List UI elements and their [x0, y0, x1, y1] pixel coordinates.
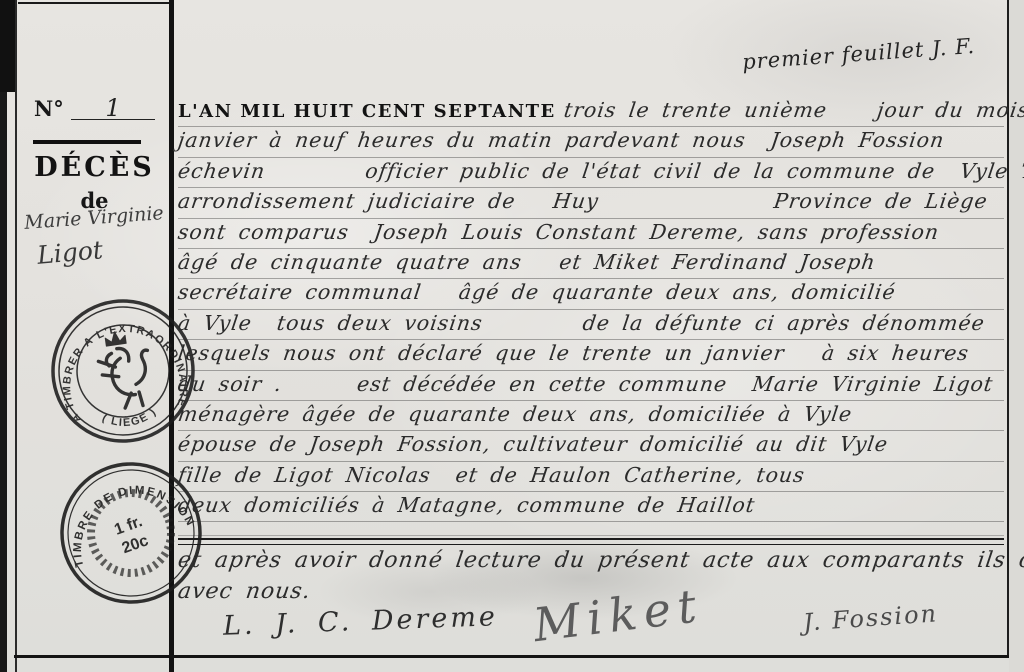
- hand-text: lesquels nous ont déclaré que le trente …: [176, 340, 971, 367]
- hand-text: et après avoir donné lecture du présent …: [176, 545, 1024, 576]
- act-body: L'AN MIL HUIT CENT SEPTANTE trois le tre…: [178, 97, 1004, 607]
- hand-text: arrondissement judiciaire de Huy Provinc…: [176, 188, 1024, 215]
- left-margin-rule: [15, 0, 17, 672]
- margin-heavy-rule: [33, 140, 141, 144]
- hand-text: échevin officier public de l'état civil …: [176, 158, 1024, 185]
- hand-text: janvier à neuf heures du matin pardevant…: [176, 127, 946, 154]
- hand-text: à Vyle tous deux voisins de la défunte c…: [176, 310, 987, 337]
- ruled-blank-line: [178, 522, 1004, 536]
- act-line: à Vyle tous deux voisins de la défunte c…: [178, 310, 1004, 340]
- hand-text: épouse de Joseph Fossion, cultivateur do…: [176, 431, 890, 458]
- hand-text: sont comparus Joseph Louis Constant Dere…: [176, 219, 941, 246]
- act-line: sont comparus Joseph Louis Constant Dere…: [178, 219, 1004, 249]
- hand-text: trois le trente unième jour du mois de: [562, 97, 1024, 124]
- deceased-name-line2: Ligot: [9, 233, 131, 272]
- hand-text: âgé de cinquante quatre ans et Miket Fer…: [176, 249, 877, 276]
- signature-dereme: L. J. C. Dereme: [223, 601, 499, 642]
- death-certificate-scan: N° 1 DÉCÈS de Marie Virginie Ligot A: [0, 0, 1024, 672]
- act-line: L'AN MIL HUIT CENT SEPTANTE trois le tre…: [178, 97, 1004, 127]
- act-line: ménagère âgée de quarante deux ans, domi…: [178, 401, 1004, 431]
- act-line: arrondissement judiciaire de Huy Provinc…: [178, 188, 1004, 218]
- act-line: lesquels nous ont déclaré que le trente …: [178, 340, 1004, 370]
- printed-year-text: L'AN MIL HUIT CENT SEPTANTE: [178, 101, 564, 122]
- act-line: du soir . est décédée en cette commune M…: [178, 371, 1004, 401]
- signature-fossion: J. Fossion: [802, 599, 939, 636]
- act-line: deux domiciliés à Matagne, commune de Ha…: [178, 492, 1004, 522]
- act-line: janvier à neuf heures du matin pardevant…: [178, 127, 1004, 157]
- act-number-value: 1: [71, 97, 155, 120]
- binding-edge: [0, 0, 7, 672]
- binding-corner-shadow: [0, 0, 16, 92]
- act-line: fille de Ligot Nicolas et de Haulon Cath…: [178, 462, 1004, 492]
- signature-row: L. J. C. Dereme Miket J. Fossion: [178, 592, 1004, 652]
- crowned-lion-rampant-icon: [95, 328, 155, 411]
- hand-text: fille de Ligot Nicolas et de Haulon Cath…: [176, 462, 807, 489]
- closing-line-1: et après avoir donné lecture du présent …: [178, 545, 1004, 576]
- hand-text: deux domiciliés à Matagne, commune de Ha…: [176, 492, 757, 519]
- act-line: âgé de cinquante quatre ans et Miket Fer…: [178, 249, 1004, 279]
- hand-text: du soir . est décédée en cette commune M…: [176, 371, 995, 398]
- act-number-row: N° 1: [34, 96, 164, 121]
- extraordinaire-stamp: A TIMBRER A L'EXTRAORDINAIRE ( LIÈGE ): [48, 296, 198, 446]
- act-type-title: DÉCÈS: [20, 152, 169, 183]
- hand-text: secrétaire communal âgé de quarante deux…: [176, 279, 897, 306]
- act-line: secrétaire communal âgé de quarante deux…: [178, 279, 1004, 309]
- act-line: épouse de Joseph Fossion, cultivateur do…: [178, 431, 1004, 461]
- act-line: échevin officier public de l'état civil …: [178, 158, 1004, 188]
- margin-column: N° 1 DÉCÈS de Marie Virginie Ligot A: [20, 0, 169, 655]
- hand-text: ménagère âgée de quarante deux ans, domi…: [176, 401, 854, 428]
- bottom-rule: [14, 655, 1024, 658]
- act-number-label: N°: [34, 96, 64, 121]
